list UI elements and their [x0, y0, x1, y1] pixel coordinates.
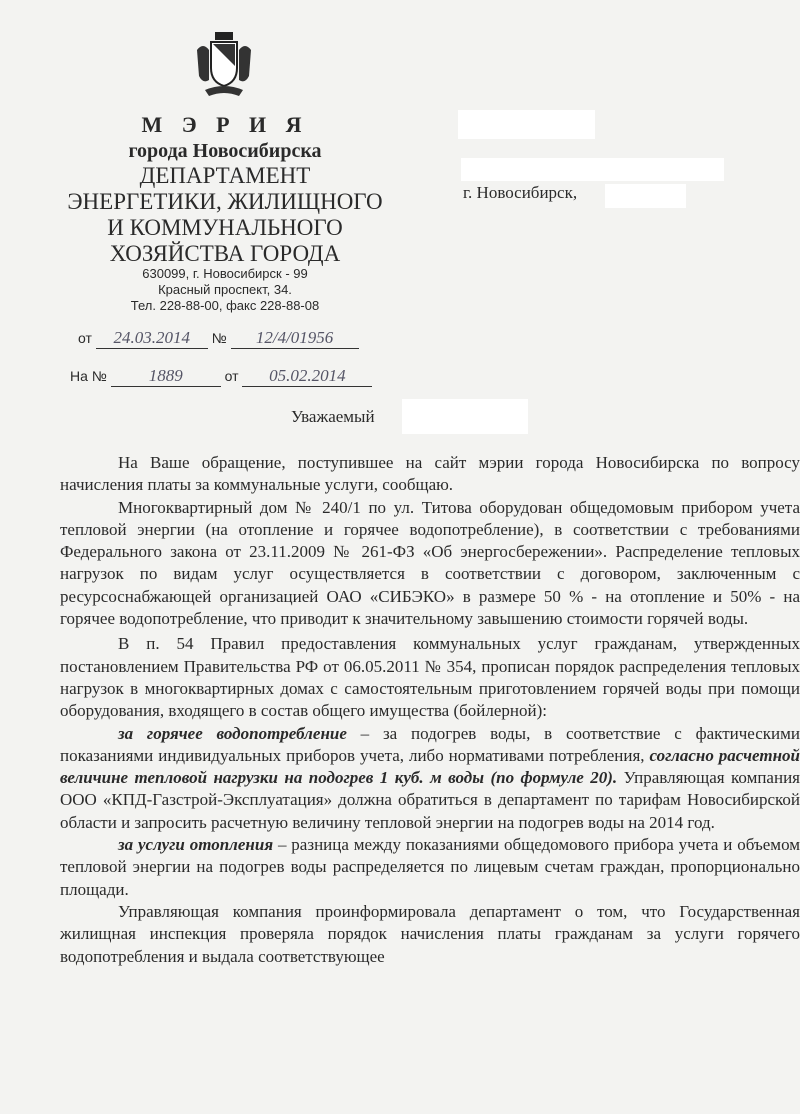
coat-of-arms-icon — [193, 30, 255, 100]
reply-label: На № — [70, 368, 107, 384]
reply-date: 05.02.2014 — [242, 366, 372, 387]
outgoing-number: 12/4/01956 — [231, 328, 359, 349]
greeting: Уважаемый — [291, 407, 375, 427]
recipient-city: г. Новосибирск, — [463, 183, 577, 203]
reply-number: 1889 — [111, 366, 221, 387]
number-label: № — [212, 330, 227, 346]
reply-from-label: от — [225, 368, 239, 384]
redacted-postal-code — [605, 184, 686, 208]
letter-body: На Ваше обращение, поступившее на сайт м… — [60, 452, 800, 968]
address-line: Тел. 228-88-00, факс 228-88-08 — [40, 298, 410, 314]
reply-registration: На № 1889 от 05.02.2014 — [70, 366, 372, 387]
letterhead-title: М Э Р И Я — [40, 112, 410, 138]
address-line: 630099, г. Новосибирск - 99 — [40, 266, 410, 282]
paragraph: Управляющая компания проинформировала де… — [60, 901, 800, 968]
paragraph: за горячее водопотребление – за подогрев… — [60, 723, 800, 834]
redacted-recipient-name — [458, 110, 595, 139]
paragraph: В п. 54 Правил предоставления коммунальн… — [60, 633, 800, 722]
department-name: ДЕПАРТАМЕНТ ЭНЕРГЕТИКИ, ЖИЛИЩНОГО И КОММ… — [40, 163, 410, 267]
dept-line: И КОММУНАЛЬНОГО — [40, 215, 410, 241]
from-label: от — [78, 330, 92, 346]
paragraph: Многоквартирный дом № 240/1 по ул. Титов… — [60, 497, 800, 631]
dept-line: ДЕПАРТАМЕНТ — [40, 163, 410, 189]
outgoing-date: 24.03.2014 — [96, 328, 208, 349]
letterhead-city: города Новосибирска — [40, 140, 410, 163]
dept-line: ЭНЕРГЕТИКИ, ЖИЛИЩНОГО — [40, 189, 410, 215]
outgoing-registration: от 24.03.2014 № 12/4/01956 — [78, 328, 359, 349]
emphasis: за горячее водопотребление — [118, 724, 347, 743]
paragraph: На Ваше обращение, поступившее на сайт м… — [60, 452, 800, 497]
paragraph: за услуги отопления – разница между пока… — [60, 834, 800, 901]
emphasis: за услуги отопления — [118, 835, 273, 854]
dept-line: ХОЗЯЙСТВА ГОРОДА — [40, 241, 410, 267]
redacted-recipient-address — [461, 158, 724, 181]
address-line: Красный проспект, 34. — [40, 282, 410, 298]
redacted-greeting-name — [402, 399, 528, 434]
department-address: 630099, г. Новосибирск - 99 Красный прос… — [40, 266, 410, 314]
